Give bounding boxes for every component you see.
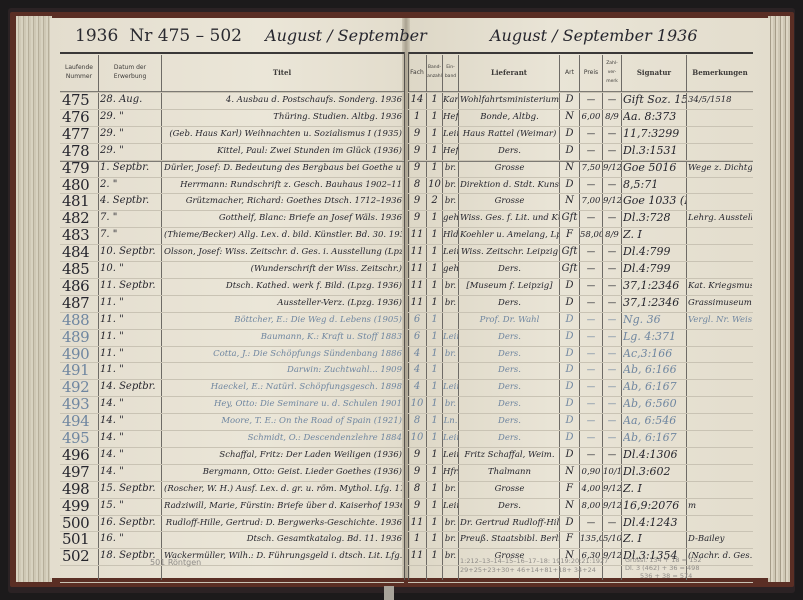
cell-art: N: [560, 497, 579, 514]
cell-bande: 1: [427, 226, 442, 243]
cell-signatur: Aa, 6:546: [623, 412, 686, 429]
cell-einband: Lein: [443, 125, 458, 142]
cell-nr: 497: [62, 463, 98, 480]
cell-zahl: 8/9: [603, 108, 621, 125]
cell-bemerkungen: [688, 192, 752, 209]
cell-lieferant: Dr. Gertrud Rudloff-Hille: [460, 514, 559, 531]
cell-lieferant: Preuß. Staatsbibl. Berlin: [460, 530, 559, 547]
cell-nr: 499: [62, 497, 98, 514]
footer-left-note: 501 Röntgen: [150, 558, 201, 567]
cell-nr: 484: [62, 243, 98, 260]
cell-bemerkungen: 34/5/1518: [688, 91, 752, 108]
cell-einband: br.: [443, 547, 458, 564]
footer-sum2: Dl. 3 (462) + 36 = 498: [625, 564, 699, 572]
cell-einband: br.: [443, 159, 458, 176]
cell-title: Thüring. Studien. Altbg. 1936: [164, 108, 402, 125]
cell-nr: 496: [62, 446, 98, 463]
cell-lieferant: Ders.: [460, 412, 559, 429]
cell-bemerkungen: [688, 463, 752, 480]
cell-nr: 486: [62, 277, 98, 294]
cell-lieferant: Haus Rattel (Weimar): [460, 125, 559, 142]
cell-title: Dtsch. Gesamtkatalog. Bd. 11. 1936: [164, 530, 402, 547]
cell-art: F: [560, 480, 579, 497]
cell-preis: —: [580, 446, 602, 463]
cell-lieferant: Thalmann: [460, 463, 559, 480]
cell-title: Cotta, J.: Die Schöpfungs Sündenbang 188…: [164, 345, 402, 362]
title-range: Nr 475 – 502: [129, 26, 242, 46]
cell-bemerkungen: [688, 480, 752, 497]
cell-lieferant: Ders.: [460, 378, 559, 395]
cell-bemerkungen: [688, 378, 752, 395]
cell-zahl: —: [603, 361, 621, 378]
cell-nr: 481: [62, 192, 98, 209]
cell-signatur: Goe 5016: [623, 159, 686, 176]
cell-bande: 1: [427, 361, 442, 378]
cell-einband: Kart.: [443, 91, 458, 108]
cell-lieferant: Wiss. Ges. f. Lit. und Kunst, Kiel: [460, 209, 559, 226]
cell-signatur: Aa. 8:373: [623, 108, 686, 125]
col-header-preis: Preis: [580, 55, 602, 89]
cell-zahl: —: [603, 328, 621, 345]
cell-fach: 9: [408, 142, 426, 159]
cell-fach: 11: [408, 277, 426, 294]
cell-zahl: 8/9: [603, 226, 621, 243]
cell-art: D: [560, 429, 579, 446]
cell-einband: Hldr.: [443, 226, 458, 243]
cell-title: Schmidt, O.: Descendenzlehre 1884: [164, 429, 402, 446]
cell-bande: 1: [427, 412, 442, 429]
cell-bande: 1: [427, 159, 442, 176]
cell-einband: [443, 361, 458, 378]
cell-preis: 8,00: [580, 497, 602, 514]
cell-date: 14. ": [100, 395, 160, 412]
cell-bemerkungen: Vergl. Nr. Weisse 516/17: [688, 311, 752, 328]
cell-nr: 502: [62, 547, 98, 564]
cell-nr: 490: [62, 345, 98, 362]
cell-bande: 1: [427, 260, 442, 277]
cell-signatur: 37,1:2346: [623, 294, 686, 311]
col-header-datum: Datum der Erwerbung: [99, 55, 161, 89]
cell-einband: Heft: [443, 142, 458, 159]
cell-title: Baumann, K.: Kraft u. Stoff 1883: [164, 328, 402, 345]
cell-lieferant: Prof. Dr. Wahl: [460, 311, 559, 328]
cell-preis: 58,00: [580, 226, 602, 243]
cell-bemerkungen: [688, 125, 752, 142]
cell-date: 11. ": [100, 311, 160, 328]
cell-fach: 9: [408, 159, 426, 176]
cell-fach: 1: [408, 108, 426, 125]
cell-title: Rudloff-Hille, Gertrud: D. Bergwerks-Ges…: [164, 514, 402, 531]
cell-einband: Lein: [443, 378, 458, 395]
footer-totals-row1: 1:212–13–14–15–16–17–18: 1919:20:21:1927: [460, 557, 608, 565]
cell-preis: —: [580, 311, 602, 328]
cell-signatur: Ab, 6:166: [623, 361, 686, 378]
cell-title: Schaffal, Fritz: Der Laden Weiligen (193…: [164, 446, 402, 463]
cell-signatur: Dl.4:1243: [623, 514, 686, 531]
cell-lieferant: Direktion d. Stdt. Kunstsamml. Weimar: [460, 176, 559, 193]
cell-date: 10. ": [100, 260, 160, 277]
header-rule-right: [408, 52, 753, 54]
cell-fach: 14: [408, 91, 426, 108]
cell-title: Haeckel, E.: Natürl. Schöpfungsgesch. 18…: [164, 378, 402, 395]
cell-signatur: 16,9:2076: [623, 497, 686, 514]
cell-art: Gft: [560, 260, 579, 277]
cell-lieferant: Ders.: [460, 395, 559, 412]
page-block-left: [16, 16, 52, 582]
cell-fach: 1: [408, 530, 426, 547]
cell-einband: geh.: [443, 260, 458, 277]
cell-date: 15. Septbr.: [100, 480, 160, 497]
cell-bande: 1: [427, 395, 442, 412]
cell-date: 14. ": [100, 412, 160, 429]
title-year: 1936: [75, 26, 118, 46]
page-border-line: [404, 52, 405, 580]
cell-art: Gft: [560, 243, 579, 260]
cell-nr: 488: [62, 311, 98, 328]
cell-art: D: [560, 446, 579, 463]
cell-date: 4. Septbr.: [100, 192, 160, 209]
right-page-title: August / September 1936: [490, 26, 698, 45]
cell-zahl: —: [603, 345, 621, 362]
cell-bemerkungen: m: [688, 497, 752, 514]
cell-nr: 482: [62, 209, 98, 226]
cell-date: 28. Aug.: [100, 91, 160, 108]
cell-preis: 0,90: [580, 463, 602, 480]
cell-art: D: [560, 142, 579, 159]
footer-sum1: Grossf. 134 + 18 = 152: [625, 556, 702, 564]
cell-lieferant: Koehler u. Amelang, Lpzg.: [460, 226, 559, 243]
cell-signatur: Z. I: [623, 530, 686, 547]
cell-nr: 493: [62, 395, 98, 412]
cell-zahl: 9/12: [603, 159, 621, 176]
cell-bemerkungen: [688, 260, 752, 277]
cell-bemerkungen: [688, 176, 752, 193]
cell-bemerkungen: [688, 446, 752, 463]
cell-fach: 6: [408, 328, 426, 345]
ruled-line: [60, 565, 404, 566]
cell-zahl: —: [603, 260, 621, 277]
cell-lieferant: Grosse: [460, 159, 559, 176]
cell-nr: 494: [62, 412, 98, 429]
cell-bande: 1: [427, 446, 442, 463]
cell-signatur: Ab, 6:167: [623, 429, 686, 446]
cell-bemerkungen: [688, 328, 752, 345]
cell-bemerkungen: [688, 108, 752, 125]
footer-sum3: 536 + 38 = 574: [640, 572, 692, 580]
col-header-art: Art: [560, 55, 579, 89]
cell-art: D: [560, 345, 579, 362]
col-header-einband: Ein-band: [443, 55, 458, 89]
cell-signatur: Dl.4:1306: [623, 446, 686, 463]
cell-nr: 495: [62, 429, 98, 446]
cell-zahl: —: [603, 209, 621, 226]
column-divider: [98, 55, 99, 580]
cell-date: 14. ": [100, 429, 160, 446]
cell-signatur: 37,1:2346: [623, 277, 686, 294]
cell-einband: Ln.: [443, 412, 458, 429]
cell-einband: Leinen: [443, 243, 458, 260]
cell-einband: br.: [443, 345, 458, 362]
cell-bemerkungen: Kat. Kriegsmuseum: [688, 277, 752, 294]
cell-zahl: —: [603, 142, 621, 159]
cell-einband: br.: [443, 514, 458, 531]
cell-bemerkungen: [688, 429, 752, 446]
cell-date: 11. ": [100, 345, 160, 362]
cell-preis: —: [580, 361, 602, 378]
cell-title: Herrmann: Rundschrift z. Gesch. Bauhaus …: [164, 176, 402, 193]
cell-bande: 1: [427, 277, 442, 294]
cell-preis: —: [580, 176, 602, 193]
cell-nr: 485: [62, 260, 98, 277]
cell-preis: —: [580, 514, 602, 531]
cell-lieferant: Grosse: [460, 480, 559, 497]
cell-bande: 1: [427, 311, 442, 328]
cell-zahl: 5/10: [603, 530, 621, 547]
cell-preis: —: [580, 378, 602, 395]
cell-title: Gotthelf, Blanc: Briefe an Josef Wäls. 1…: [164, 209, 402, 226]
cell-signatur: Z. I: [623, 480, 686, 497]
cell-einband: Lein: [443, 497, 458, 514]
cell-bemerkungen: [688, 142, 752, 159]
footer-totals-row2: 29+25+23+30+ 46+14+81+18+ 34+24: [460, 566, 596, 574]
cell-bande: 1: [427, 378, 442, 395]
cell-title: Radziwill, Marie, Fürstin: Briefe über d…: [164, 497, 402, 514]
cell-einband: Lein: [443, 328, 458, 345]
cell-bemerkungen: [688, 226, 752, 243]
cell-date: 29. ": [100, 142, 160, 159]
cell-einband: br.: [443, 395, 458, 412]
cell-bemerkungen: [688, 395, 752, 412]
cell-nr: 487: [62, 294, 98, 311]
cell-title: (Thieme/Becker) Allg. Lex. d. bild. Küns…: [164, 226, 402, 243]
cell-einband: [443, 311, 458, 328]
cell-preis: —: [580, 277, 602, 294]
cell-fach: 10: [408, 429, 426, 446]
cell-nr: 478: [62, 142, 98, 159]
cell-art: D: [560, 311, 579, 328]
cell-fach: 10: [408, 395, 426, 412]
cell-fach: 9: [408, 497, 426, 514]
cell-lieferant: Ders.: [460, 497, 559, 514]
col-header-zahlvermerk: Zahl-ver-merk: [603, 55, 621, 89]
cell-fach: 9: [408, 209, 426, 226]
cell-zahl: —: [603, 243, 621, 260]
cell-lieferant: Ders.: [460, 294, 559, 311]
cell-lieferant: Ders.: [460, 429, 559, 446]
cell-signatur: Ab, 6:560: [623, 395, 686, 412]
cell-einband: br.: [443, 176, 458, 193]
cell-lieferant: [Museum f. Leipzig]: [460, 277, 559, 294]
cell-art: D: [560, 125, 579, 142]
cell-preis: 6,00: [580, 108, 602, 125]
cell-preis: —: [580, 142, 602, 159]
cell-bemerkungen: D-Bailey: [688, 530, 752, 547]
cell-date: 7. ": [100, 209, 160, 226]
cell-einband: Hfrz.: [443, 463, 458, 480]
cell-fach: 9: [408, 192, 426, 209]
cell-fach: 11: [408, 243, 426, 260]
column-divider: [161, 55, 162, 580]
cell-bande: 1: [427, 429, 442, 446]
cell-bande: 1: [427, 91, 442, 108]
cell-bemerkungen: [688, 412, 752, 429]
cell-preis: —: [580, 412, 602, 429]
cell-art: N: [560, 192, 579, 209]
cell-art: N: [560, 108, 579, 125]
cell-bande: 1: [427, 530, 442, 547]
cell-nr: 475: [62, 91, 98, 108]
cell-bande: 1: [427, 108, 442, 125]
cell-lieferant: Ders.: [460, 361, 559, 378]
cell-fach: 9: [408, 446, 426, 463]
cell-nr: 483: [62, 226, 98, 243]
cell-title: Kittel, Paul: Zwei Stunden im Glück (193…: [164, 142, 402, 159]
cell-art: D: [560, 395, 579, 412]
cell-lieferant: Ders.: [460, 260, 559, 277]
col-header-laufende-nummer: Laufende Nummer: [60, 55, 98, 89]
cell-preis: —: [580, 328, 602, 345]
cell-fach: 4: [408, 345, 426, 362]
cell-art: D: [560, 277, 579, 294]
bookmark-ribbon: [384, 586, 394, 600]
cell-zahl: 9/12: [603, 480, 621, 497]
cell-zahl: —: [603, 412, 621, 429]
cell-bemerkungen: Grassimuseum: [688, 294, 752, 311]
cell-bande: 1: [427, 463, 442, 480]
cell-date: 29. ": [100, 108, 160, 125]
cell-preis: 4,00: [580, 480, 602, 497]
cell-zahl: —: [603, 311, 621, 328]
cell-title: Böttcher, E.: Die Weg d. Lebens (1905): [164, 311, 402, 328]
cell-zahl: —: [603, 91, 621, 108]
title-month-year: August / September 1936: [490, 26, 698, 45]
cell-zahl: —: [603, 429, 621, 446]
col-header-bemerkungen: Bemerkungen: [687, 55, 753, 89]
cell-signatur: Z. I: [623, 226, 686, 243]
cell-signatur: Gift Soz. 152: [623, 91, 686, 108]
cell-title: (Roscher, W. H.) Ausf. Lex. d. gr. u. rö…: [164, 480, 402, 497]
page-block-right: [768, 16, 790, 582]
cell-title: (Geb. Haus Karl) Weihnachten u. Sozialis…: [164, 125, 402, 142]
cell-signatur: Dl.3:602: [623, 463, 686, 480]
cell-preis: —: [580, 243, 602, 260]
cell-zahl: 9/12: [603, 497, 621, 514]
cell-art: D: [560, 514, 579, 531]
cell-zahl: 10/12: [603, 463, 621, 480]
cell-bande: 1: [427, 547, 442, 564]
cell-nr: 491: [62, 361, 98, 378]
cell-zahl: —: [603, 378, 621, 395]
cell-signatur: Dl.3:728: [623, 209, 686, 226]
cell-bande: 1: [427, 209, 442, 226]
cell-preis: —: [580, 91, 602, 108]
cell-fach: 9: [408, 125, 426, 142]
cell-einband: geh.: [443, 209, 458, 226]
header-rule-left: [60, 52, 404, 54]
cell-bande: 2: [427, 192, 442, 209]
cell-preis: —: [580, 209, 602, 226]
cell-signatur: Dl.4:799: [623, 260, 686, 277]
cell-einband: br.: [443, 480, 458, 497]
cell-preis: —: [580, 395, 602, 412]
cell-title: Darwin: Zuchtwahl... 1909: [164, 361, 402, 378]
cell-signatur: 8,5:71: [623, 176, 686, 193]
cell-bande: 1: [427, 243, 442, 260]
cell-date: 10. Septbr.: [100, 243, 160, 260]
cell-fach: 11: [408, 260, 426, 277]
cell-fach: 8: [408, 176, 426, 193]
cell-signatur: Ng. 36: [623, 311, 686, 328]
cell-nr: 479: [62, 159, 98, 176]
cell-date: 14. ": [100, 463, 160, 480]
cell-einband: Lein: [443, 429, 458, 446]
cell-bemerkungen: [688, 361, 752, 378]
cell-fach: 4: [408, 378, 426, 395]
cell-art: D: [560, 361, 579, 378]
cell-title: Bergmann, Otto: Geist. Lieder Goethes (1…: [164, 463, 402, 480]
cell-title: Grützmacher, Richard: Goethes Dtsch. 171…: [164, 192, 402, 209]
cell-date: 14. ": [100, 446, 160, 463]
cell-einband: br.: [443, 294, 458, 311]
cell-signatur: Goe 1033 (I–II): [623, 192, 686, 209]
cell-preis: —: [580, 294, 602, 311]
cell-signatur: Ac,3:166: [623, 345, 686, 362]
cell-nr: 501: [62, 530, 98, 547]
cell-fach: 9: [408, 463, 426, 480]
cell-lieferant: Ders.: [460, 345, 559, 362]
col-header-titel: Titel: [162, 55, 402, 89]
cell-bande: 10: [427, 176, 442, 193]
cell-art: F: [560, 226, 579, 243]
cell-zahl: —: [603, 125, 621, 142]
cell-art: N: [560, 159, 579, 176]
cell-zahl: —: [603, 294, 621, 311]
cell-bande: 1: [427, 125, 442, 142]
cell-bemerkungen: Wege z. Dichtg. Bd. XXIV: [688, 159, 752, 176]
cell-date: 1. Septbr.: [100, 159, 160, 176]
cell-zahl: 9/12: [603, 192, 621, 209]
cell-nr: 498: [62, 480, 98, 497]
cell-lieferant: Grosse: [460, 192, 559, 209]
cell-fach: 8: [408, 412, 426, 429]
cell-art: D: [560, 294, 579, 311]
cell-preis: —: [580, 260, 602, 277]
ruled-line: [408, 582, 753, 583]
column-divider: [458, 55, 459, 580]
cell-title: Aussteller-Verz. (Lpzg. 1936): [164, 294, 402, 311]
cell-zahl: —: [603, 395, 621, 412]
cell-date: 15. ": [100, 497, 160, 514]
left-page-title: 1936 Nr 475 – 502 August / September: [75, 26, 427, 46]
cell-signatur: 11,7:3299: [623, 125, 686, 142]
cell-art: D: [560, 328, 579, 345]
cell-nr: 489: [62, 328, 98, 345]
cell-lieferant: Fritz Schaffal, Weim.: [460, 446, 559, 463]
cell-fach: 11: [408, 294, 426, 311]
cell-nr: 477: [62, 125, 98, 142]
cell-bemerkungen: [688, 243, 752, 260]
cell-einband: br.: [443, 530, 458, 547]
cell-date: 11. ": [100, 361, 160, 378]
cell-nr: 500: [62, 514, 98, 531]
cell-preis: 7,50: [580, 159, 602, 176]
cell-title: Hey, Otto: Die Seminare u. d. Schulen 19…: [164, 395, 402, 412]
cell-nr: 492: [62, 378, 98, 395]
cell-title: (Wunderschrift der Wiss. Zeitschr.): [164, 260, 402, 277]
cell-fach: 8: [408, 480, 426, 497]
title-month: August / September: [265, 26, 427, 45]
cell-einband: br.: [443, 192, 458, 209]
